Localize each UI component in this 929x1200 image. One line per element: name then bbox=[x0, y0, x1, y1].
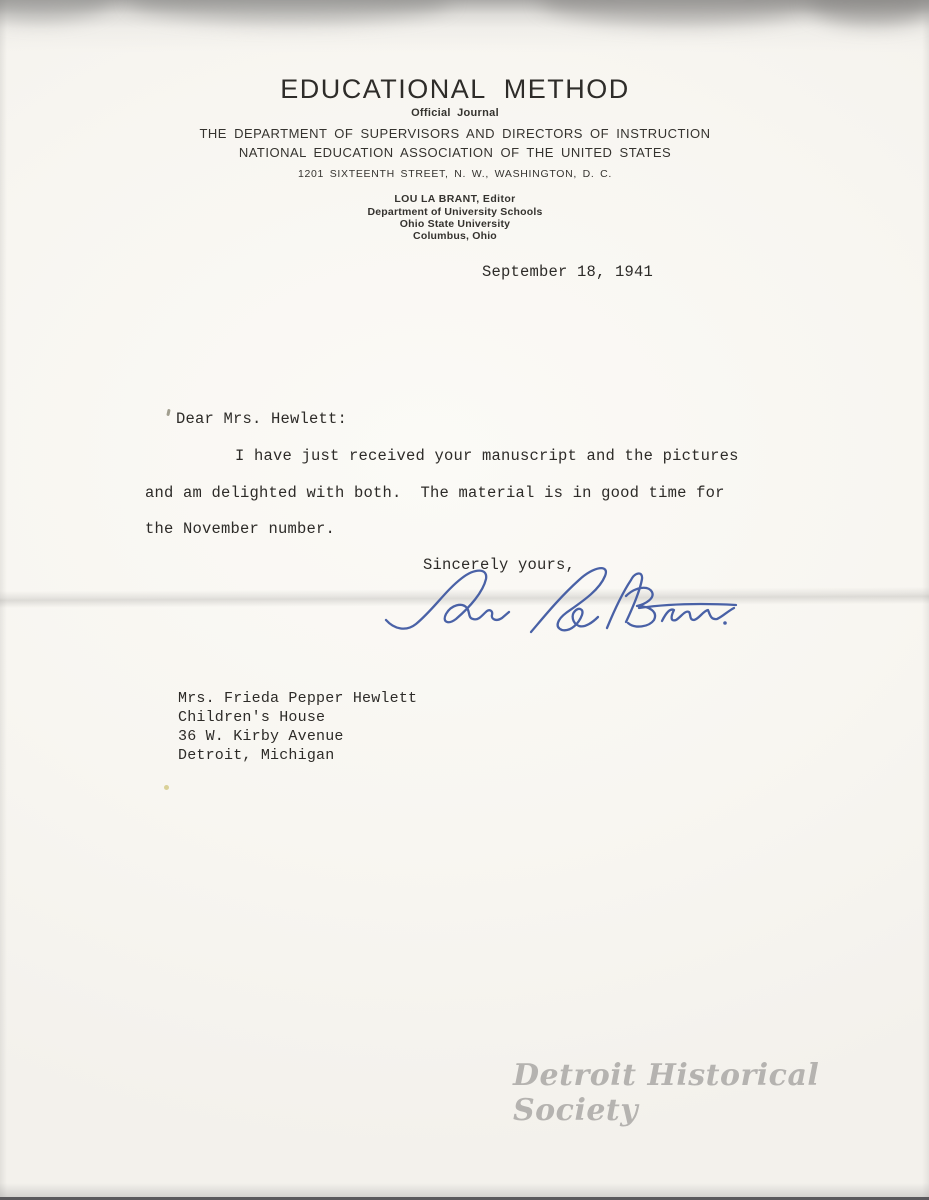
archive-watermark: Detroit Historical Society bbox=[513, 1058, 929, 1128]
journal-subtitle: Official Journal bbox=[0, 107, 910, 119]
body-line: and am delighted with both. The material… bbox=[145, 484, 725, 502]
body-line: I have just received your manuscript and… bbox=[235, 447, 739, 465]
editor-university: Ohio State University bbox=[0, 218, 910, 230]
scan-bottom-shadow bbox=[0, 1183, 929, 1197]
paper-speck bbox=[164, 785, 169, 790]
recipient-city: Detroit, Michigan bbox=[178, 747, 334, 764]
organization-line-2: NATIONAL EDUCATION ASSOCIATION OF THE UN… bbox=[0, 145, 910, 160]
stray-ink-mark bbox=[166, 409, 170, 416]
editor-city: Columbus, Ohio bbox=[0, 230, 910, 242]
editor-name: LOU LA BRANT, Editor bbox=[0, 193, 910, 205]
scanned-letter-page: EDUCATIONAL METHOD Official Journal THE … bbox=[0, 0, 929, 1200]
organization-address: 1201 SIXTEENTH STREET, N. W., WASHINGTON… bbox=[0, 168, 910, 180]
journal-title: EDUCATIONAL METHOD bbox=[0, 74, 910, 105]
handwritten-signature bbox=[383, 562, 743, 650]
salutation: Dear Mrs. Hewlett: bbox=[176, 410, 347, 428]
editor-department: Department of University Schools bbox=[0, 206, 910, 218]
recipient-organization: Children's House bbox=[178, 709, 325, 726]
organization-line-1: THE DEPARTMENT OF SUPERVISORS AND DIRECT… bbox=[0, 126, 910, 141]
recipient-street: 36 W. Kirby Avenue bbox=[178, 728, 344, 745]
body-line: the November number. bbox=[145, 520, 335, 538]
recipient-name: Mrs. Frieda Pepper Hewlett bbox=[178, 690, 417, 707]
letter-date: September 18, 1941 bbox=[482, 263, 653, 281]
